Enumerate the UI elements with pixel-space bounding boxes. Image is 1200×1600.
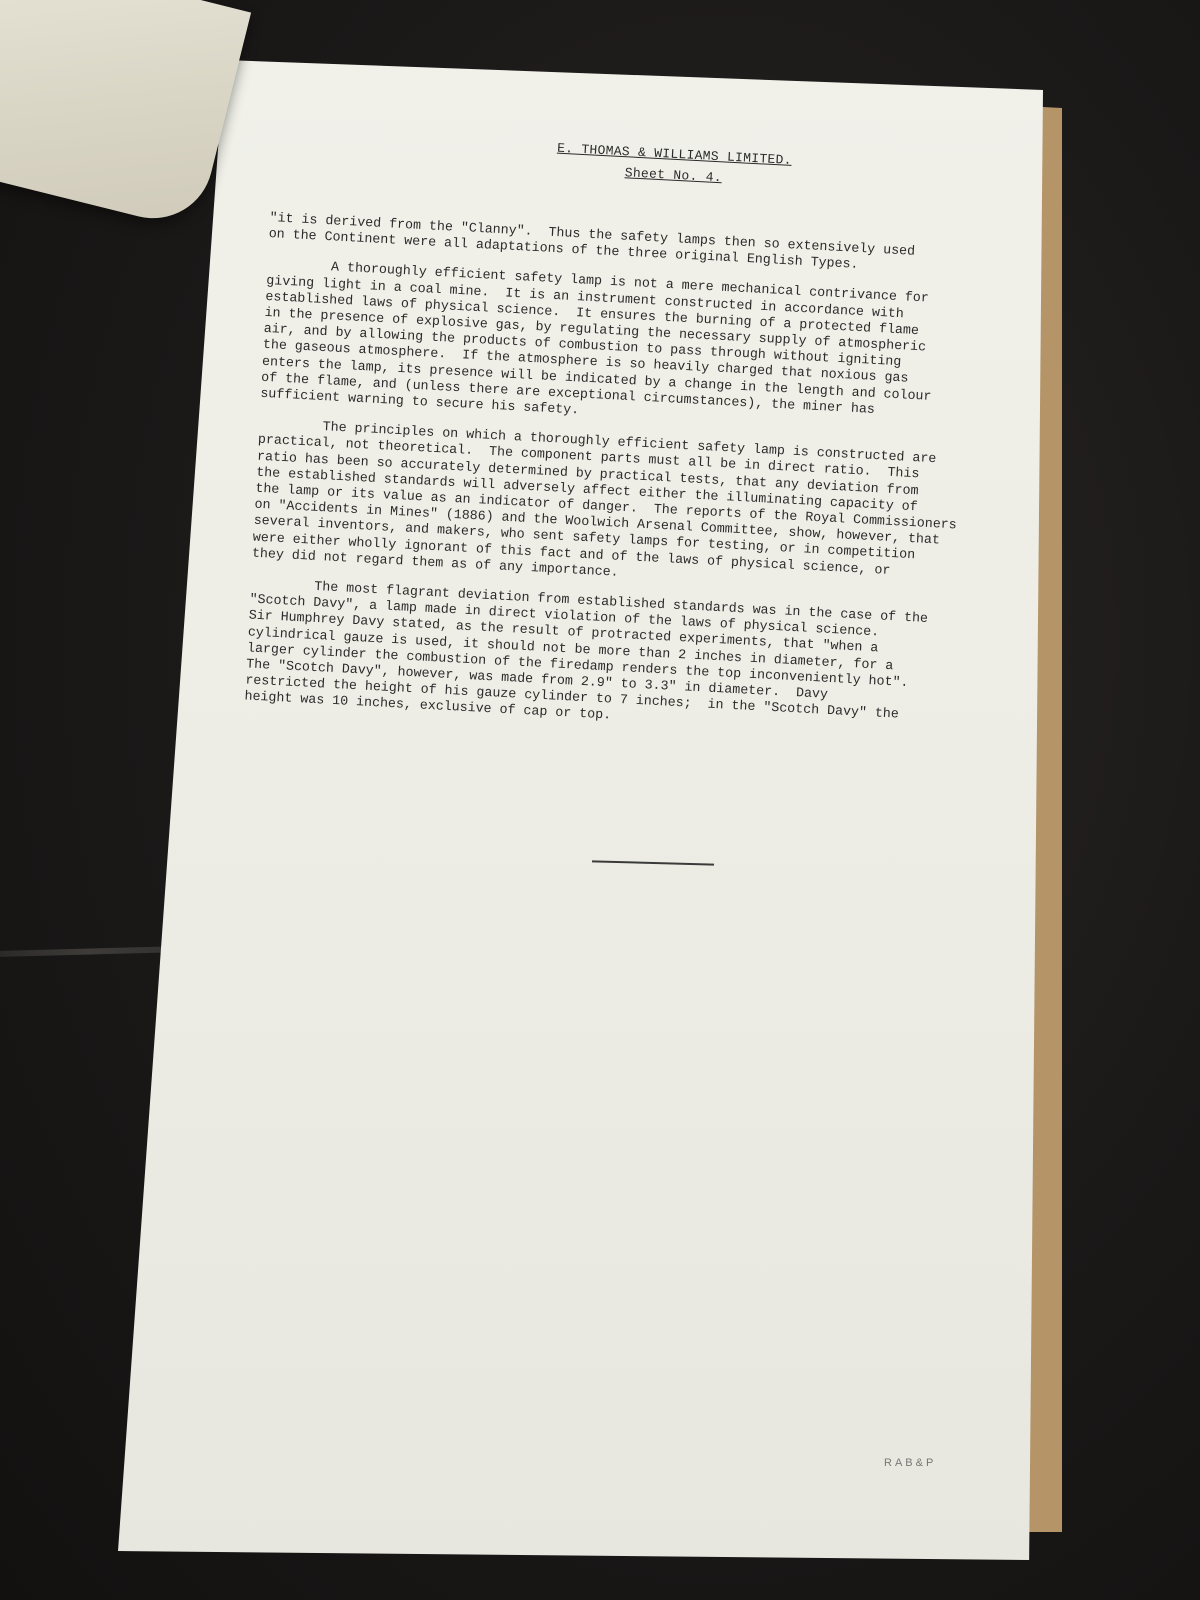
document-heading: E. THOMAS & WILLIAMS LIMITED. Sheet No. … (543, 140, 805, 196)
paragraph: The most flagrant deviation from establi… (244, 576, 990, 744)
sheet-number: Sheet No. 4. (624, 165, 722, 185)
company-name: E. THOMAS & WILLIAMS LIMITED. (557, 141, 792, 168)
paragraph: A thoroughly efficient safety lamp is no… (260, 256, 1007, 440)
paragraph: The principles on which a thoroughly eff… (252, 416, 999, 600)
document-page: E. THOMAS & WILLIAMS LIMITED. Sheet No. … (0, 0, 1200, 1600)
end-rule (592, 860, 714, 865)
printer-mark: RAB&P (884, 1457, 936, 1469)
document-body: "it is derived from the "Clanny". Thus t… (243, 210, 1009, 758)
